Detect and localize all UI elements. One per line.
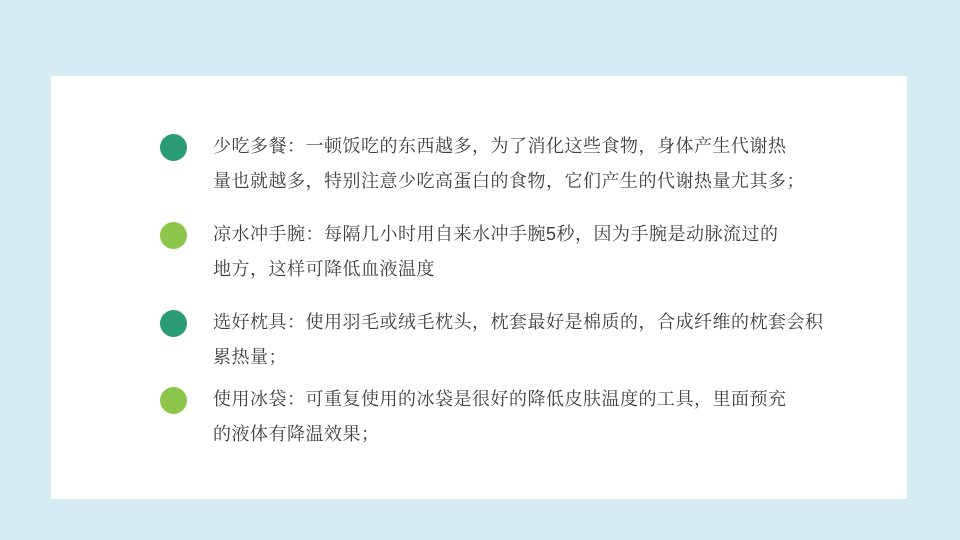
bullet-dot-icon [160,310,187,337]
content-card: 少吃多餐：一顿饭吃的东西越多，为了消化这些食物，身体产生代谢热 量也就越多，特别… [51,76,907,499]
bullet-text-line: 的液体有降温效果； [213,417,787,452]
bullet-dot-icon [160,134,187,161]
bullet-item: 选好枕具：使用羽毛或绒毛枕头，枕套最好是棉质的，合成纤维的枕套会积 累热量； [160,305,824,375]
bullet-item: 少吃多餐：一顿饭吃的东西越多，为了消化这些食物，身体产生代谢热 量也就越多，特别… [160,129,805,199]
bullet-item: 使用冰袋：可重复使用的冰袋是很好的降低皮肤温度的工具，里面预充 的液体有降温效果… [160,382,787,452]
bullet-dot-icon [160,387,187,414]
bullet-text: 少吃多餐：一顿饭吃的东西越多，为了消化这些食物，身体产生代谢热 量也就越多，特别… [213,129,805,199]
bullet-text-line: 量也就越多，特别注意少吃高蛋白的食物，它们产生的代谢热量尤其多； [213,164,805,199]
bullet-text-line: 使用冰袋：可重复使用的冰袋是很好的降低皮肤温度的工具，里面预充 [213,382,787,417]
slide-canvas: 少吃多餐：一顿饭吃的东西越多，为了消化这些食物，身体产生代谢热 量也就越多，特别… [0,0,960,540]
bullet-text-line: 凉水冲手腕：每隔几小时用自来水冲手腕5秒，因为手腕是动脉流过的 [213,217,779,252]
bullet-item: 凉水冲手腕：每隔几小时用自来水冲手腕5秒，因为手腕是动脉流过的 地方，这样可降低… [160,217,779,287]
bullet-text-line: 地方，这样可降低血液温度 [213,252,779,287]
bullet-text: 使用冰袋：可重复使用的冰袋是很好的降低皮肤温度的工具，里面预充 的液体有降温效果… [213,382,787,452]
bullet-text-line: 少吃多餐：一顿饭吃的东西越多，为了消化这些食物，身体产生代谢热 [213,129,805,164]
bullet-text-line: 选好枕具：使用羽毛或绒毛枕头，枕套最好是棉质的，合成纤维的枕套会积 [213,305,824,340]
bullet-text-line: 累热量； [213,340,824,375]
bullet-text: 凉水冲手腕：每隔几小时用自来水冲手腕5秒，因为手腕是动脉流过的 地方，这样可降低… [213,217,779,287]
bullet-text: 选好枕具：使用羽毛或绒毛枕头，枕套最好是棉质的，合成纤维的枕套会积 累热量； [213,305,824,375]
bullet-dot-icon [160,222,187,249]
